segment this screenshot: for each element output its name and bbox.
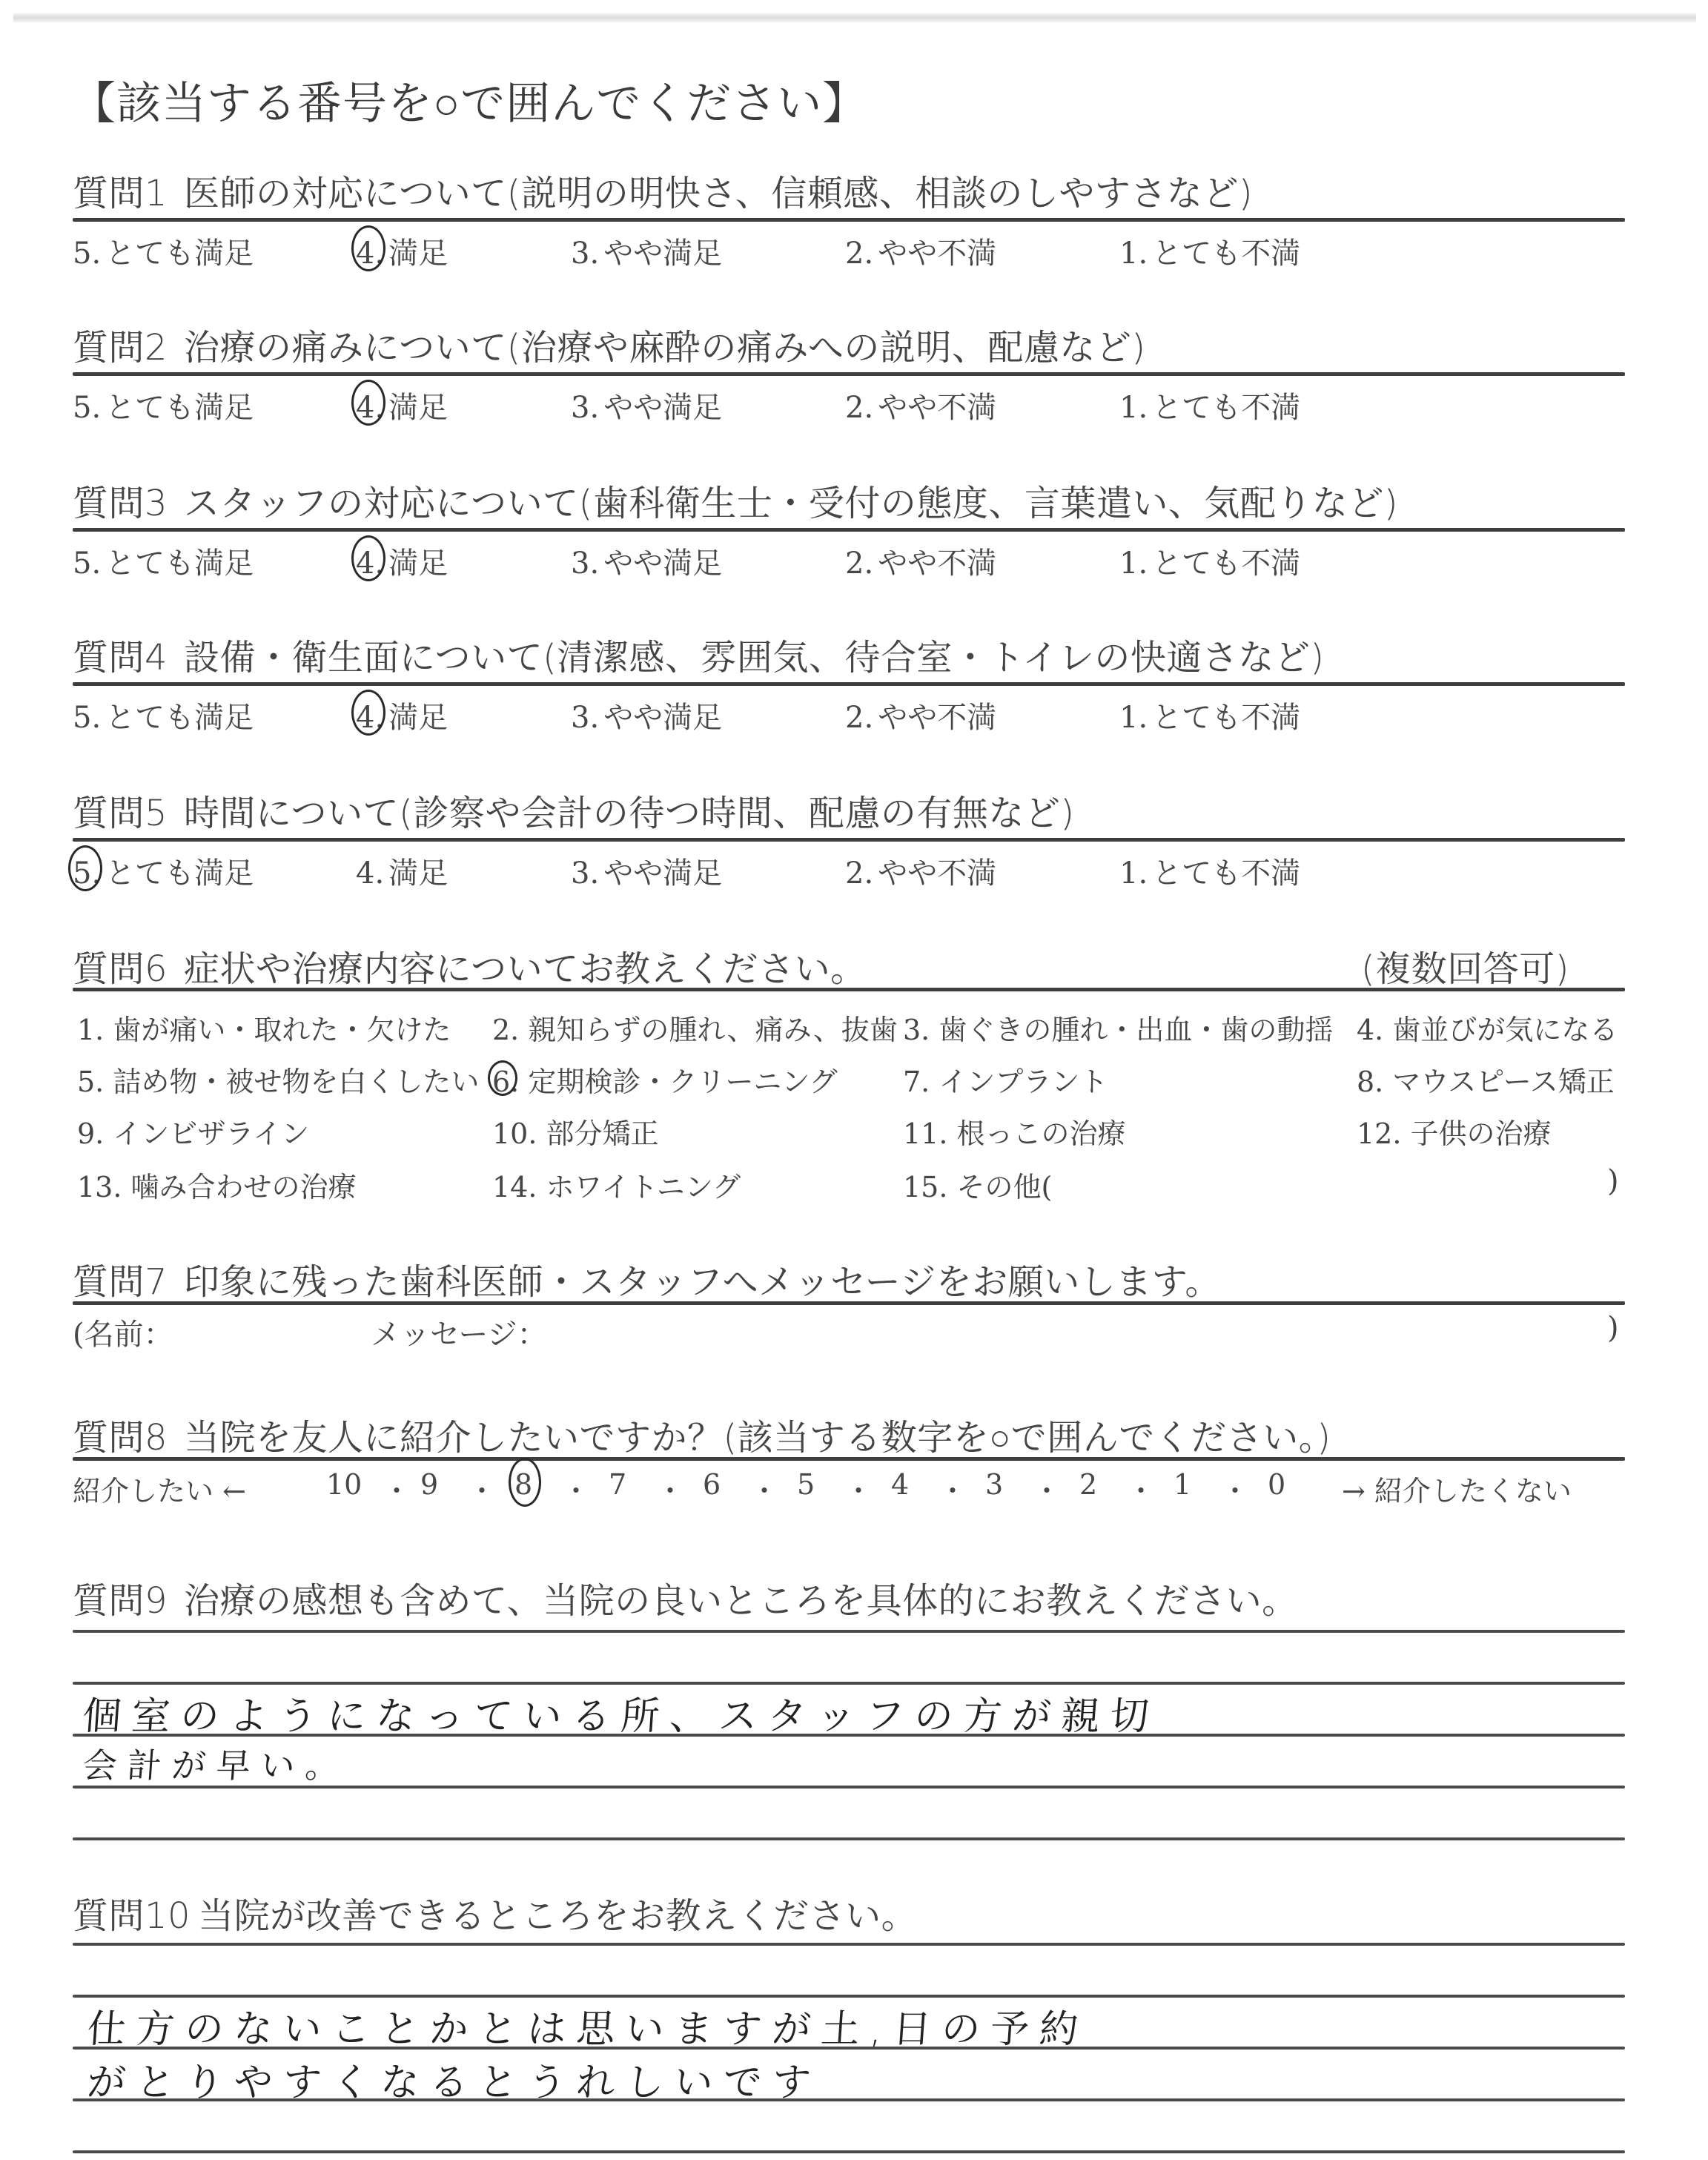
- selected-circle-mark: [68, 845, 102, 891]
- q6-other-close-paren: ): [1607, 1164, 1619, 1198]
- q6-rule: [73, 988, 1625, 991]
- q4-rule: [73, 682, 1625, 686]
- option-number: 1.: [1119, 391, 1148, 425]
- q9-rule-5: [73, 1837, 1625, 1840]
- q7-message-field[interactable]: [556, 1305, 1594, 1347]
- q8-scale-6[interactable]: 6: [703, 1468, 721, 1501]
- option-number: 14.: [492, 1171, 537, 1203]
- q6-option-6[interactable]: 6. 定期検診・クリーニング: [492, 1059, 838, 1100]
- q2-rule: [73, 372, 1625, 376]
- q2-option-5[interactable]: 5.とても満足: [73, 384, 254, 426]
- q4-option-1[interactable]: 1.とても不満: [1119, 694, 1300, 736]
- option-number: 3.: [571, 391, 599, 425]
- option-label: インビザライン: [113, 1117, 309, 1150]
- option-label: とても不満: [1152, 237, 1300, 271]
- scale-separator-dot: ・: [1033, 1468, 1061, 1509]
- q3-rule: [73, 528, 1625, 532]
- q7-number: 質問7: [73, 1261, 168, 1303]
- q9-number: 質問9: [73, 1580, 168, 1622]
- option-label: 噛み合わせの治療: [131, 1171, 357, 1203]
- option-label: 子供の治療: [1411, 1117, 1552, 1150]
- option-label: 歯が痛い・取れた・欠けた: [113, 1014, 451, 1046]
- q5-option-2[interactable]: 2.やや不満: [845, 850, 996, 892]
- option-label: やや満足: [603, 546, 722, 581]
- q6-option-14[interactable]: 14. ホワイトニング: [492, 1164, 741, 1205]
- q7-name-field[interactable]: [178, 1305, 348, 1347]
- q8-scale-9[interactable]: 9: [420, 1468, 438, 1501]
- q4-option-5[interactable]: 5.とても満足: [73, 694, 254, 736]
- option-label: とても不満: [1152, 701, 1300, 735]
- q8-scale-4[interactable]: 4: [891, 1468, 909, 1501]
- scale-separator-dot: ・: [1221, 1468, 1249, 1509]
- option-label: とても不満: [1152, 546, 1300, 581]
- q3-option-5[interactable]: 5.とても満足: [73, 540, 254, 582]
- option-label: やや満足: [603, 237, 722, 271]
- option-label: とても不満: [1152, 391, 1300, 425]
- option-number: 1.: [77, 1014, 104, 1046]
- q5-option-1[interactable]: 1.とても不満: [1119, 850, 1300, 892]
- option-label: ホワイトニング: [546, 1171, 741, 1203]
- selected-circle-mark: [351, 535, 385, 581]
- q8-scale-5[interactable]: 5: [797, 1468, 815, 1501]
- option-number: 7.: [903, 1066, 930, 1098]
- option-label: 定期検診・クリーニング: [528, 1066, 837, 1098]
- q6-option-5[interactable]: 5. 詰め物・被せ物を白くしたい: [77, 1059, 479, 1100]
- option-label: 満足: [388, 546, 448, 581]
- q7-title: 質問7印象に残った歯科医師・スタッフへメッセージをお願いします。: [73, 1253, 1221, 1304]
- option-number: 3.: [903, 1014, 930, 1046]
- q8-scale-7[interactable]: 7: [609, 1468, 626, 1501]
- option-label: とても不満: [1152, 856, 1300, 891]
- q10-answer-line-1[interactable]: 仕方のないことかとは思いますが土,日の予約: [85, 1998, 1090, 2053]
- instruction-heading: 【該当する番号を○で囲んでください】: [71, 68, 867, 132]
- q6-option-7[interactable]: 7. インプラント: [903, 1059, 1108, 1100]
- q4-title: 質問4設備・衛生面について(清潔感、雰囲気、待合室・トイレの快適さなど): [73, 629, 1325, 680]
- q10-rule-5: [73, 2150, 1625, 2153]
- option-label: やや不満: [878, 391, 996, 425]
- q4-number: 質問4: [73, 637, 168, 678]
- option-label: やや満足: [603, 701, 722, 735]
- scale-separator-dot: ・: [939, 1468, 967, 1509]
- q7-message-label: メッセージ：: [371, 1311, 547, 1353]
- q1-number: 質問1: [73, 173, 168, 214]
- option-number: 8.: [1357, 1066, 1383, 1098]
- option-number: 2.: [492, 1014, 519, 1046]
- q2-option-1[interactable]: 1.とても不満: [1119, 384, 1300, 426]
- q8-rule: [73, 1457, 1625, 1461]
- q8-right-label: → 紹介したくない: [1342, 1468, 1572, 1509]
- option-label: やや不満: [878, 546, 996, 581]
- q1-option-3[interactable]: 3.やや満足: [571, 230, 722, 272]
- option-label: やや不満: [878, 701, 996, 735]
- selected-circle-mark: [509, 1458, 541, 1507]
- q4-option-3[interactable]: 3.やや満足: [571, 694, 722, 736]
- q6-option-13[interactable]: 13. 噛み合わせの治療: [77, 1164, 357, 1205]
- option-number: 5.: [73, 546, 101, 581]
- option-label: 歯ぐきの腫れ・出血・歯の動揺: [939, 1014, 1333, 1046]
- option-number: 1.: [1119, 856, 1148, 891]
- option-number: 9.: [77, 1117, 104, 1150]
- option-number: 1.: [1119, 237, 1148, 271]
- q8-left-label: 紹介したい ←: [73, 1468, 246, 1509]
- q10-number: 質問10: [73, 1895, 191, 1937]
- q5-number: 質問5: [73, 793, 168, 834]
- q9-text: 治療の感想も含めて、当院の良いところを具体的にお教えください。: [184, 1580, 1298, 1622]
- q1-text: 医師の対応について(説明の明快さ、信頼感、相談のしやすさなど): [184, 173, 1253, 214]
- q5-text: 時間について(診察や会計の待つ時間、配慮の有無など): [184, 793, 1075, 834]
- option-label: 詰め物・被せ物を白くしたい: [113, 1066, 479, 1098]
- q3-option-1[interactable]: 1.とても不満: [1119, 540, 1300, 582]
- q5-rule: [73, 838, 1625, 842]
- option-label: その他(: [957, 1171, 1053, 1203]
- selected-circle-mark: [488, 1060, 517, 1096]
- option-number: 5.: [77, 1066, 104, 1098]
- selected-circle-mark: [351, 690, 385, 736]
- option-number: 5.: [73, 237, 101, 271]
- q6-option-1[interactable]: 1. 歯が痛い・取れた・欠けた: [77, 1007, 451, 1048]
- option-label: 親知らずの腫れ、痛み、抜歯: [528, 1014, 898, 1046]
- scale-separator-dot: ・: [1127, 1468, 1155, 1509]
- q6-option-4[interactable]: 4. 歯並びが気になる: [1357, 1007, 1618, 1048]
- q4-text: 設備・衛生面について(清潔感、雰囲気、待合室・トイレの快適さなど): [184, 637, 1325, 678]
- option-label: とても満足: [105, 546, 254, 581]
- q7-text: 印象に残った歯科医師・スタッフへメッセージをお願いします。: [184, 1261, 1221, 1303]
- q1-rule: [73, 218, 1625, 222]
- option-number: 3.: [571, 856, 599, 891]
- q6-option-12[interactable]: 12. 子供の治療: [1357, 1111, 1552, 1152]
- q1-option-5[interactable]: 5.とても満足: [73, 230, 254, 272]
- option-label: やや不満: [878, 237, 996, 271]
- option-number: 3.: [571, 546, 599, 581]
- option-label: やや満足: [603, 856, 722, 891]
- q8-text: 当院を友人に紹介したいですか？(該当する数字を○で囲んでください。): [184, 1417, 1331, 1459]
- q10-title: 質問10当院が改善できるところをお教えください。: [73, 1887, 917, 1938]
- option-number: 5.: [73, 701, 101, 735]
- q2-option-2[interactable]: 2.やや不満: [845, 384, 996, 426]
- selected-circle-mark: [351, 380, 385, 426]
- option-label: とても満足: [105, 237, 254, 271]
- option-number: 4.: [1357, 1014, 1383, 1046]
- option-number: 11.: [903, 1117, 947, 1150]
- q2-title: 質問2治療の痛みについて(治療や麻酔の痛みへの説明、配慮など): [73, 319, 1146, 370]
- q3-title: 質問3スタッフの対応について(歯科衛生士・受付の態度、言葉遣い、気配りなど): [73, 475, 1398, 526]
- q6-number: 質問6: [73, 948, 168, 990]
- option-number: 3.: [571, 701, 599, 735]
- scale-separator-dot: ・: [656, 1468, 684, 1509]
- q2-option-3[interactable]: 3.やや満足: [571, 384, 722, 426]
- q10-text: 当院が改善できるところをお教えください。: [198, 1895, 917, 1937]
- q5-option-4[interactable]: 4.満足: [356, 850, 448, 892]
- q9-title: 質問9治療の感想も含めて、当院の良いところを具体的にお教えください。: [73, 1572, 1298, 1623]
- q6-option-15[interactable]: 15. その他(: [903, 1164, 1052, 1205]
- option-label: とても満足: [105, 391, 254, 425]
- option-label: 満足: [388, 701, 448, 735]
- q4-option-2[interactable]: 2.やや不満: [845, 694, 996, 736]
- option-number: 2.: [845, 856, 873, 891]
- option-number: 2.: [845, 237, 873, 271]
- option-number: 1.: [1119, 546, 1148, 581]
- q10-rule-1: [73, 1943, 1625, 1946]
- q8-scale-10[interactable]: 10: [326, 1468, 362, 1501]
- q6-option-11[interactable]: 11. 根っこの治療: [903, 1111, 1126, 1152]
- q6-option-2[interactable]: 2. 親知らずの腫れ、痛み、抜歯: [492, 1007, 898, 1048]
- option-number: 2.: [845, 701, 873, 735]
- q6-option-3[interactable]: 3. 歯ぐきの腫れ・出血・歯の動揺: [903, 1007, 1333, 1048]
- q7-name-label: (名前：: [73, 1311, 173, 1353]
- q1-option-2[interactable]: 2.やや不満: [845, 230, 996, 272]
- option-label: 歯並びが気になる: [1392, 1014, 1618, 1046]
- scale-separator-dot: ・: [562, 1468, 590, 1509]
- option-label: 満足: [388, 237, 448, 271]
- q6-text: 症状や治療内容についてお教えください。: [184, 948, 867, 990]
- option-number: 12.: [1357, 1117, 1401, 1150]
- q2-number: 質問2: [73, 327, 168, 369]
- scan-top-edge: [13, 13, 1696, 22]
- option-label: やや満足: [603, 391, 722, 425]
- scale-separator-dot: ・: [844, 1468, 873, 1509]
- option-number: 13.: [77, 1171, 122, 1203]
- option-number: 1.: [1119, 701, 1148, 735]
- q8-scale-2[interactable]: 2: [1079, 1468, 1097, 1501]
- scale-separator-dot: ・: [383, 1468, 411, 1509]
- q6-title: 質問6症状や治療内容についてお教えください。: [73, 940, 867, 991]
- option-label: とても満足: [105, 701, 254, 735]
- q9-answer-line-1[interactable]: 個室のようになっている所、スタッフの方が親切: [81, 1685, 1161, 1740]
- option-number: 5.: [73, 391, 101, 425]
- option-number: 10.: [492, 1117, 537, 1150]
- option-number: 15.: [903, 1171, 947, 1203]
- option-label: やや不満: [878, 856, 996, 891]
- q7-close-paren: ): [1607, 1311, 1619, 1345]
- option-label: 満足: [388, 856, 448, 891]
- option-label: とても満足: [105, 856, 254, 891]
- q3-option-2[interactable]: 2.やや不満: [845, 540, 996, 582]
- q8-scale-3[interactable]: 3: [985, 1468, 1003, 1501]
- option-label: 満足: [388, 391, 448, 425]
- option-number: 2.: [845, 391, 873, 425]
- q8-title: 質問8当院を友人に紹介したいですか？(該当する数字を○で囲んでください。): [73, 1409, 1331, 1460]
- q5-title: 質問5時間について(診察や会計の待つ時間、配慮の有無など): [73, 785, 1075, 836]
- q6-option-8[interactable]: 8. マウスピース矯正: [1357, 1059, 1615, 1100]
- q3-number: 質問3: [73, 483, 168, 524]
- q8-scale-1[interactable]: 1: [1174, 1468, 1191, 1501]
- q9-answer-line-2[interactable]: 会計が早い。: [82, 1739, 352, 1788]
- option-label: 根っこの治療: [957, 1117, 1126, 1150]
- q5-option-3[interactable]: 3.やや満足: [571, 850, 722, 892]
- q6-note: (複数回答可): [1361, 940, 1569, 991]
- q6-option-10[interactable]: 10. 部分矯正: [492, 1111, 659, 1152]
- q3-text: スタッフの対応について(歯科衛生士・受付の態度、言葉遣い、気配りなど): [184, 483, 1398, 524]
- q3-option-3[interactable]: 3.やや満足: [571, 540, 722, 582]
- q10-answer-line-2[interactable]: がとりやすくなるとうれしいです: [85, 2051, 823, 2107]
- scale-separator-dot: ・: [468, 1468, 496, 1509]
- q8-scale-0[interactable]: 0: [1268, 1468, 1285, 1501]
- q6-option-9[interactable]: 9. インビザライン: [77, 1111, 309, 1152]
- option-label: マウスピース矯正: [1392, 1066, 1614, 1098]
- q2-text: 治療の痛みについて(治療や麻酔の痛みへの説明、配慮など): [184, 327, 1146, 369]
- q8-number: 質問8: [73, 1417, 168, 1459]
- q9-rule-1: [73, 1630, 1625, 1633]
- selected-circle-mark: [351, 225, 385, 271]
- option-number: 3.: [571, 237, 599, 271]
- option-label: インプラント: [939, 1066, 1108, 1098]
- option-label: 部分矯正: [546, 1117, 659, 1150]
- q1-title: 質問1医師の対応について(説明の明快さ、信頼感、相談のしやすさなど): [73, 165, 1253, 216]
- scale-separator-dot: ・: [750, 1468, 778, 1509]
- option-number: 4.: [356, 856, 384, 891]
- q1-option-1[interactable]: 1.とても不満: [1119, 230, 1300, 272]
- option-number: 2.: [845, 546, 873, 581]
